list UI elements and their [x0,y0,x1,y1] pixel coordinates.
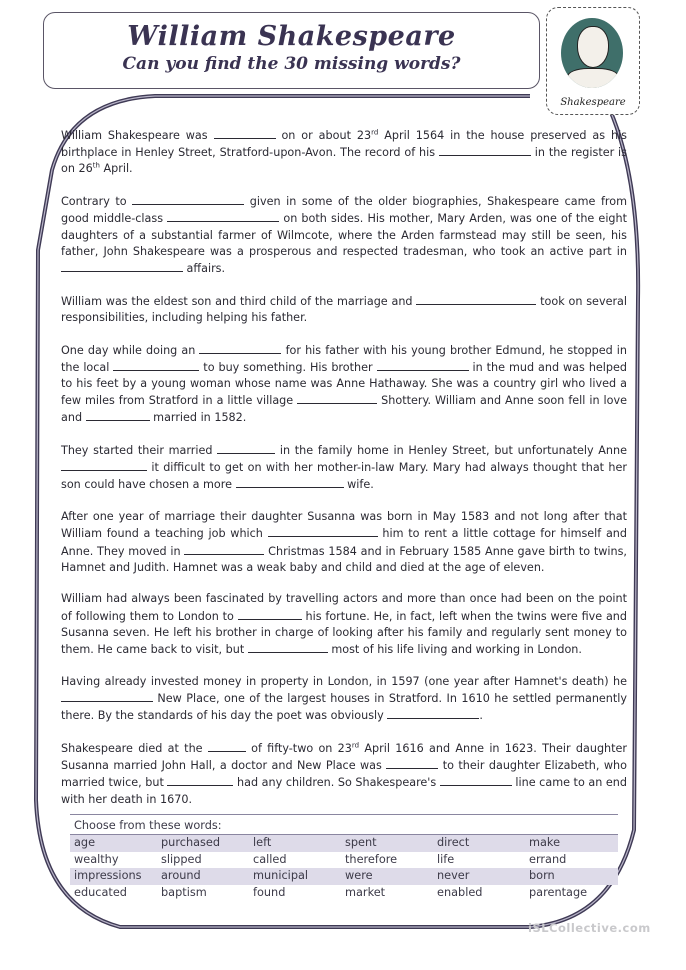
blank-4[interactable] [167,210,279,222]
word-bank-row: impressionsaroundmunicipalwereneverborn [70,868,618,885]
blank-19[interactable] [61,690,153,702]
portrait-caption: Shakespeare [547,97,639,108]
blank-21[interactable] [208,740,246,752]
blank-13[interactable] [61,459,147,471]
word-option: purchased [161,835,253,852]
blank-1[interactable] [214,127,276,139]
word-option: age [74,835,161,852]
word-option: baptism [161,885,253,902]
blank-18[interactable] [248,641,328,653]
word-option: spent [345,835,437,852]
word-option: never [437,868,529,885]
blank-23[interactable] [167,774,233,786]
paragraph: After one year of marriage their daughte… [61,509,627,576]
blank-2[interactable] [439,144,531,156]
blank-3[interactable] [132,193,244,205]
word-option: direct [437,835,529,852]
word-option: market [345,885,437,902]
paragraph: They started their married in the family… [61,442,627,494]
blank-15[interactable] [268,525,378,537]
paragraph: William had always been fascinated by tr… [61,591,627,658]
word-option: wealthy [74,852,161,869]
blank-6[interactable] [416,293,536,305]
blank-5[interactable] [61,260,183,272]
word-option: enabled [437,885,529,902]
shakespeare-portrait: Shakespeare [546,7,640,115]
watermark: iSLCollective.com [528,921,651,935]
paragraph: One day while doing an for his father wi… [61,342,627,427]
blank-22[interactable] [386,757,438,769]
word-bank-row: wealthyslippedcalledthereforelifeerrand [70,852,618,869]
blank-14[interactable] [236,476,344,488]
word-option: life [437,852,529,869]
blank-11[interactable] [86,409,150,421]
word-bank: Choose from these words: agepurchasedlef… [70,814,618,901]
word-option: make [529,835,622,852]
paragraph: William was the eldest son and third chi… [61,293,627,326]
blank-17[interactable] [238,608,302,620]
blank-12[interactable] [217,442,275,454]
word-option: found [253,885,345,902]
paragraph: Shakespeare died at the of fifty-two on … [61,740,627,808]
word-option: errand [529,852,622,869]
blank-20[interactable] [387,707,479,719]
word-bank-title: Choose from these words: [70,815,618,835]
word-option: impressions [74,868,161,885]
word-bank-row: agepurchasedleftspentdirectmake [70,835,618,852]
blank-9[interactable] [377,359,469,371]
blank-10[interactable] [297,392,377,404]
blank-16[interactable] [184,543,264,555]
cloze-text: William Shakespeare was on or about 23rd… [61,127,627,823]
word-option: slipped [161,852,253,869]
word-option: born [529,868,622,885]
word-bank-row: educatedbaptismfoundmarketenabledparenta… [70,885,618,902]
blank-8[interactable] [113,359,199,371]
word-option: were [345,868,437,885]
word-option: parentage [529,885,622,902]
blank-24[interactable] [440,774,512,786]
word-option: left [253,835,345,852]
paragraph: Having already invested money in propert… [61,674,627,725]
word-option: called [253,852,345,869]
blank-7[interactable] [199,342,281,354]
paragraph: Contrary to given in some of the older b… [61,193,627,277]
portrait-icon [561,18,623,88]
word-option: educated [74,885,161,902]
word-option: around [161,868,253,885]
paragraph: William Shakespeare was on or about 23rd… [61,127,627,178]
word-option: municipal [253,868,345,885]
word-option: therefore [345,852,437,869]
